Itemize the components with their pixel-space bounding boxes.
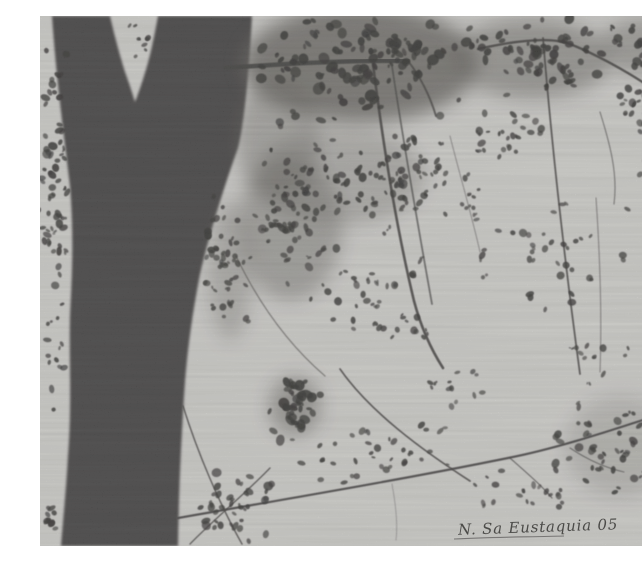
tree-photo-canvas: N. Sa Eustaquia 05 [40, 16, 642, 546]
scan-streaks-overlay [40, 16, 642, 546]
monochrome-tree-photograph: N. Sa Eustaquia 05 [40, 16, 642, 546]
